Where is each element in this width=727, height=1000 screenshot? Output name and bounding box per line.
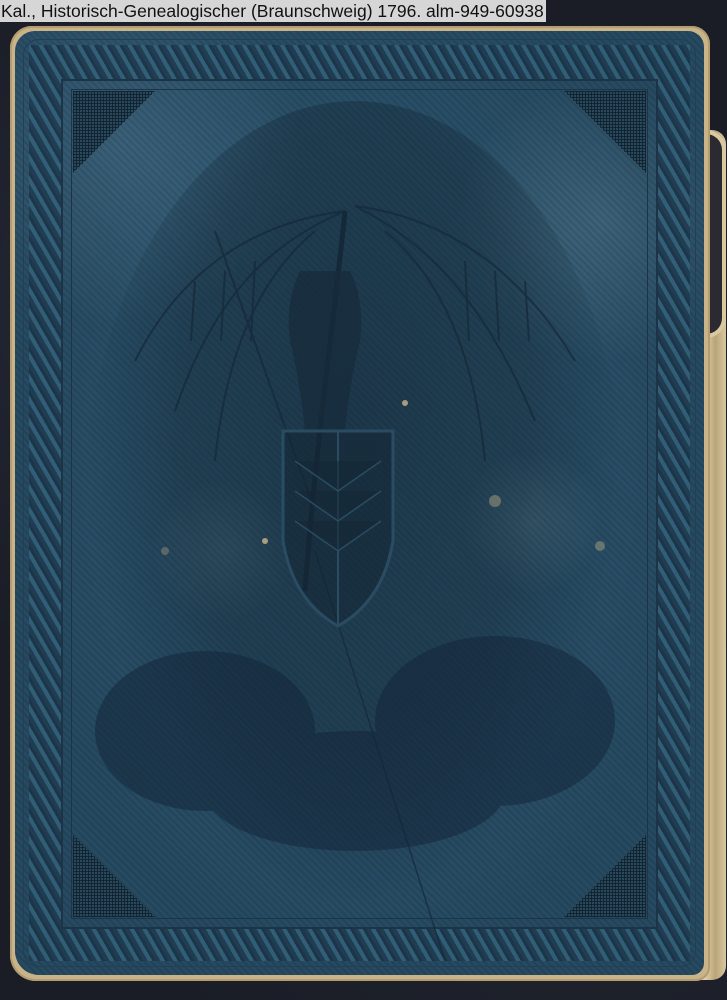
image-caption: Kal., Historisch-Genealogischer (Braunsc…	[0, 0, 546, 22]
willow-urn-engraving	[15, 31, 704, 975]
foliage-ground	[95, 636, 615, 851]
book-cover	[10, 26, 710, 981]
shield-figure	[283, 431, 393, 626]
urn-figure	[289, 271, 362, 431]
cover-paper	[15, 31, 704, 975]
